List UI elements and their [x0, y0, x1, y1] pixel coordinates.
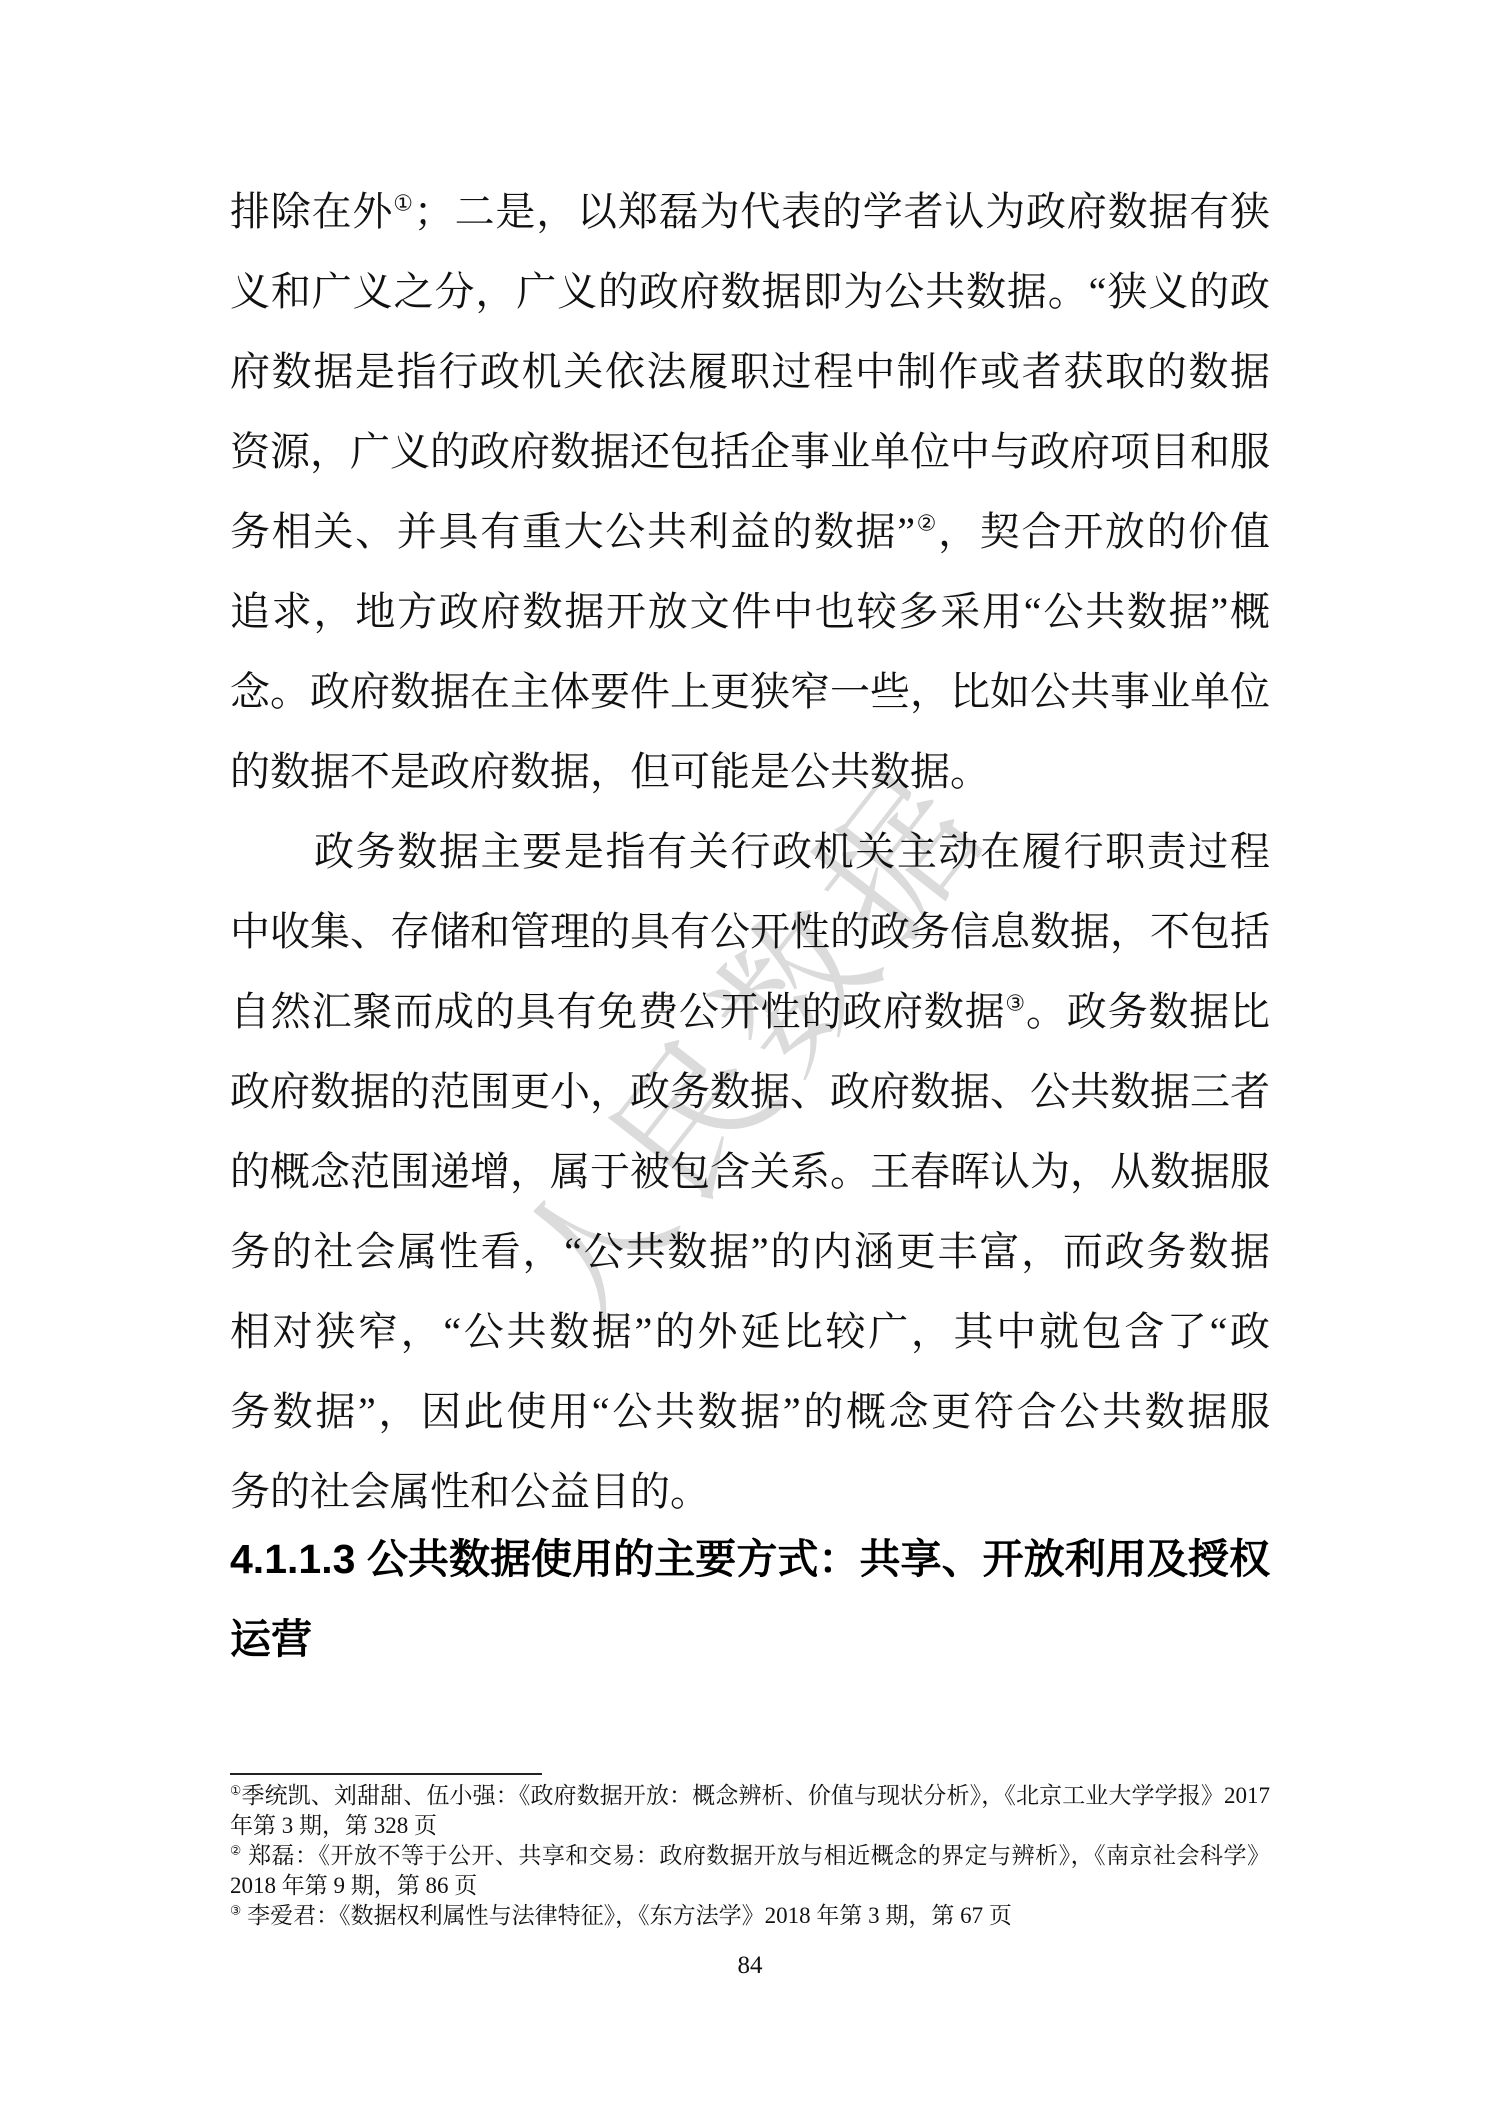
- body-line: 务数据”，因此使用“公共数据”的概念更符合公共数据服: [230, 1372, 1270, 1452]
- footnote-separator: [230, 1773, 542, 1775]
- body-line: 政务数据主要是指有关行政机关主动在履行职责过程: [230, 812, 1270, 892]
- footnote-line: ①季统凯、刘甜甜、伍小强：《政府数据开放：概念辨析、价值与现状分析》，《北京工业…: [230, 1781, 1270, 1811]
- footnote-line: 2018 年第 9 期，第 86 页: [230, 1871, 1270, 1901]
- body-line: 的概念范围递增，属于被包含关系。王春晖认为，从数据服: [230, 1132, 1270, 1212]
- body-line: 政府数据的范围更小，政务数据、政府数据、公共数据三者: [230, 1052, 1270, 1132]
- section-heading-line: 运营: [230, 1599, 1270, 1679]
- body-line: 资源，广义的政府数据还包括企事业单位中与政府项目和服: [230, 412, 1270, 492]
- page-number: 84: [0, 1952, 1500, 1980]
- document-page: 人民数据 排除在外①；二是，以郑磊为代表的学者认为政府数据有狭 义和广义之分，广…: [0, 0, 1500, 2121]
- footnote-line: 年第 3 期，第 328 页: [230, 1811, 1270, 1841]
- body-line: 自然汇聚而成的具有免费公开性的政府数据③。政务数据比: [230, 972, 1270, 1052]
- body-line: 相对狭窄，“公共数据”的外延比较广，其中就包含了“政: [230, 1292, 1270, 1372]
- section-heading: 4.1.1.3 公共数据使用的主要方式：共享、开放利用及授权 运营: [230, 1519, 1270, 1679]
- section-heading-line: 4.1.1.3 公共数据使用的主要方式：共享、开放利用及授权: [230, 1519, 1270, 1599]
- body-line: 追求，地方政府数据开放文件中也较多采用“公共数据”概: [230, 572, 1270, 652]
- body-line: 中收集、存储和管理的具有公开性的政务信息数据，不包括: [230, 892, 1270, 972]
- body-line: 排除在外①；二是，以郑磊为代表的学者认为政府数据有狭: [230, 172, 1270, 252]
- footnote-line: ③ 李爱君：《数据权利属性与法律特征》，《东方法学》2018 年第 3 期，第 …: [230, 1901, 1270, 1931]
- footnotes: ①季统凯、刘甜甜、伍小强：《政府数据开放：概念辨析、价值与现状分析》，《北京工业…: [230, 1781, 1270, 1931]
- body-line: 的数据不是政府数据，但可能是公共数据。: [230, 732, 1270, 812]
- body-line: 务的社会属性看，“公共数据”的内涵更丰富，而政务数据: [230, 1212, 1270, 1292]
- body-text: 排除在外①；二是，以郑磊为代表的学者认为政府数据有狭 义和广义之分，广义的政府数…: [230, 172, 1270, 1532]
- body-line: 府数据是指行政机关依法履职过程中制作或者获取的数据: [230, 332, 1270, 412]
- body-line: 义和广义之分，广义的政府数据即为公共数据。“狭义的政: [230, 252, 1270, 332]
- body-line: 务相关、并具有重大公共利益的数据”②，契合开放的价值: [230, 492, 1270, 572]
- footnote-line: ② 郑磊：《开放不等于公开、共享和交易：政府数据开放与相近概念的界定与辨析》，《…: [230, 1841, 1270, 1871]
- body-line: 念。政府数据在主体要件上更狭窄一些，比如公共事业单位: [230, 652, 1270, 732]
